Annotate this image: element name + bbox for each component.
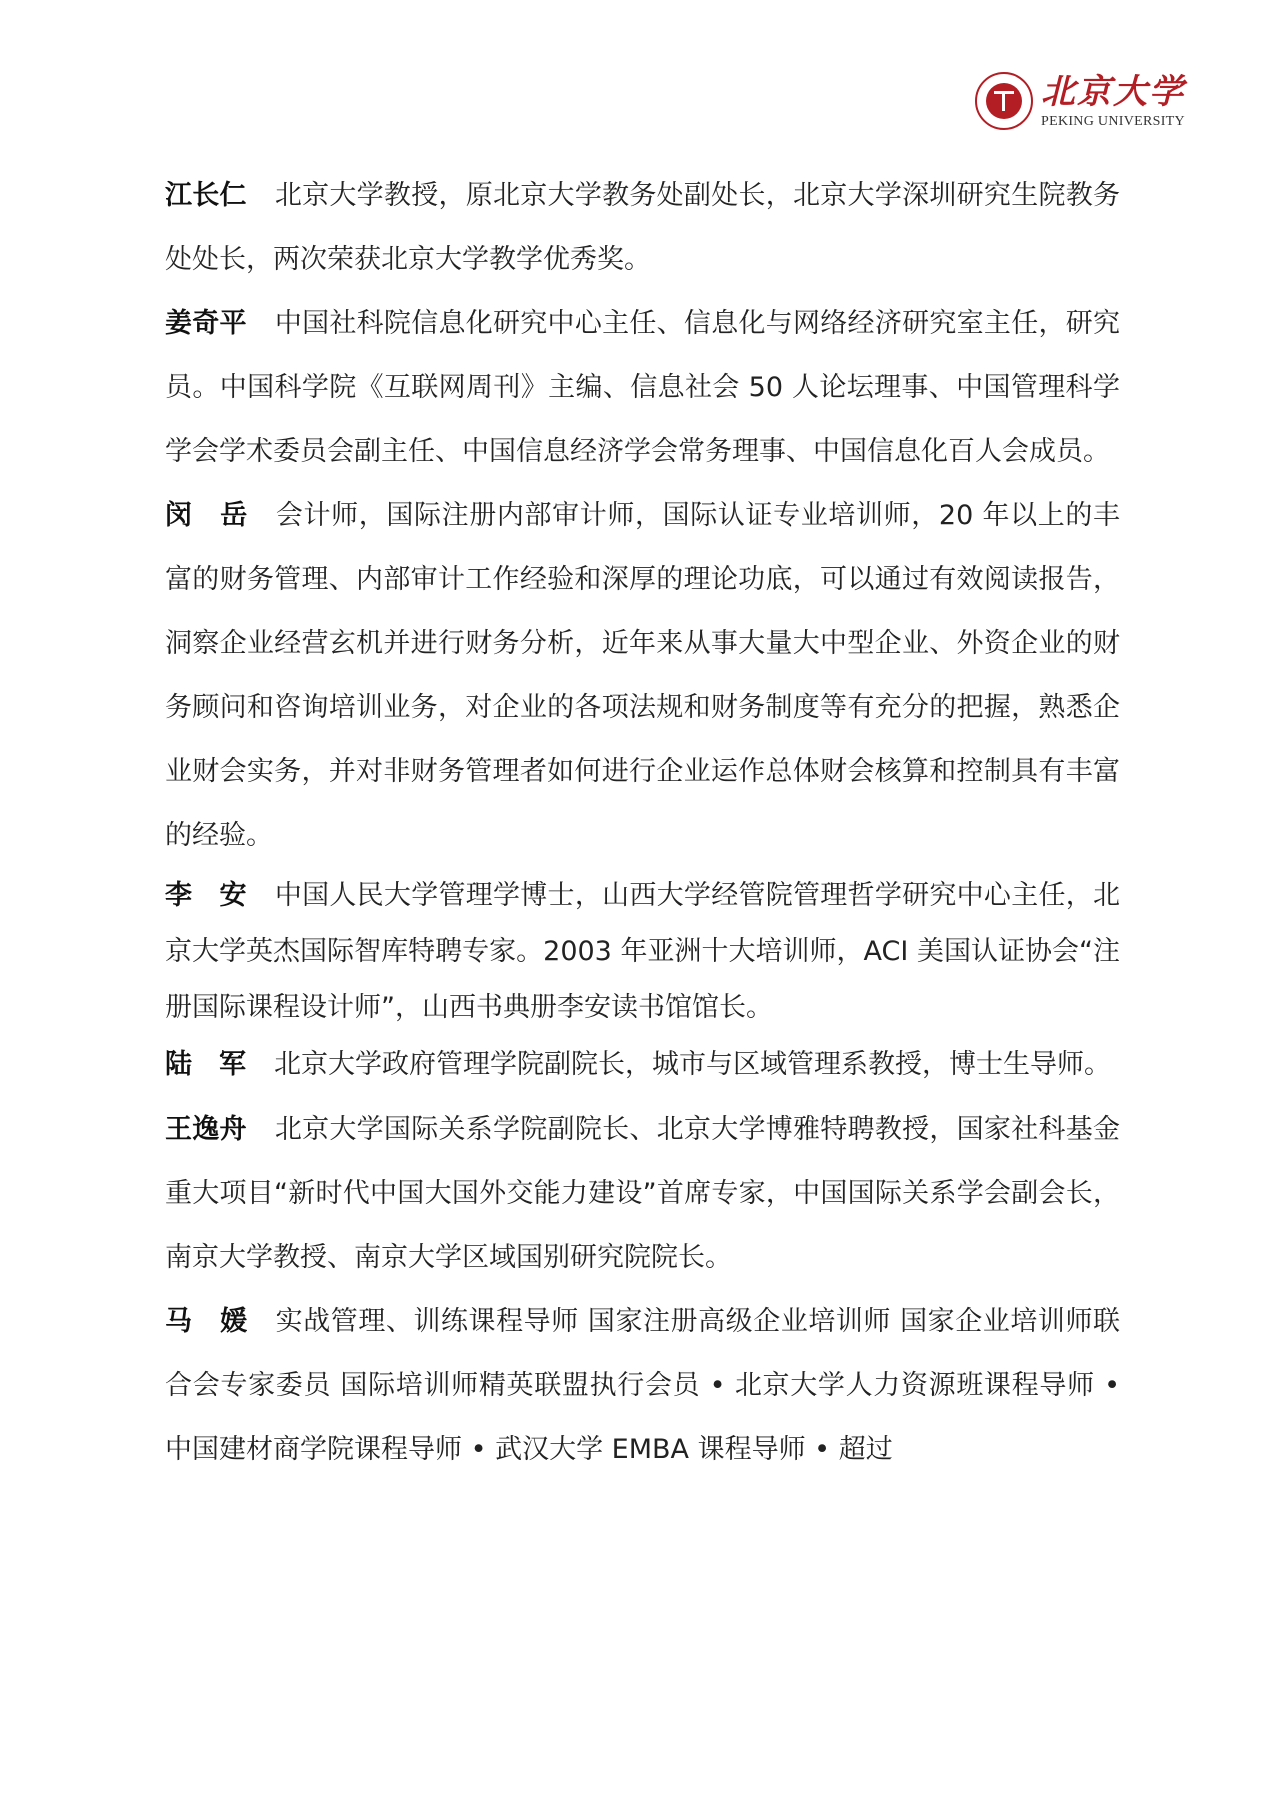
person-name: 王逸舟 bbox=[165, 1114, 247, 1145]
person-bio: 会计师，国际注册内部审计师，国际认证专业培训师，20 年以上的丰富的财务管理、内… bbox=[165, 500, 1120, 851]
bio-entry: 江长仁北京大学教授，原北京大学教务处副处长，北京大学深圳研究生院教务处处长，两次… bbox=[165, 164, 1120, 292]
bio-entry: 李 安中国人民大学管理学博士，山西大学经管院管理哲学研究中心主任，北京大学英杰国… bbox=[165, 868, 1120, 1036]
person-bio: 中国社科院信息化研究中心主任、信息化与网络经济研究室主任，研究员。中国科学院《互… bbox=[165, 308, 1120, 467]
person-name: 陆 军 bbox=[165, 1049, 246, 1080]
bio-entry: 陆 军北京大学政府管理学院副院长，城市与区域管理系教授，博士生导师。 bbox=[165, 1040, 1120, 1090]
person-name: 姜奇平 bbox=[165, 308, 247, 339]
logo-english-name: PEKING UNIVERSITY bbox=[1041, 114, 1185, 130]
bio-entry: 王逸舟北京大学国际关系学院副院长、北京大学博雅特聘教授，国家社科基金重大项目“新… bbox=[165, 1098, 1120, 1290]
person-name: 闵 岳 bbox=[165, 500, 248, 531]
university-emblem-icon bbox=[975, 72, 1033, 130]
bio-entry: 姜奇平中国社科院信息化研究中心主任、信息化与网络经济研究室主任，研究员。中国科学… bbox=[165, 292, 1120, 484]
person-bio: 北京大学国际关系学院副院长、北京大学博雅特聘教授，国家社科基金重大项目“新时代中… bbox=[165, 1114, 1120, 1273]
person-bio: 北京大学政府管理学院副院长，城市与区域管理系教授，博士生导师。 bbox=[274, 1049, 1111, 1080]
person-name: 李 安 bbox=[165, 880, 247, 911]
person-bio: 实战管理、训练课程导师 国家注册高级企业培训师 国家企业培训师联合会专家委员 国… bbox=[165, 1306, 1120, 1465]
bio-entry: 闵 岳会计师，国际注册内部审计师，国际认证专业培训师，20 年以上的丰富的财务管… bbox=[165, 484, 1120, 868]
person-bio: 中国人民大学管理学博士，山西大学经管院管理哲学研究中心主任，北京大学英杰国际智库… bbox=[165, 880, 1120, 1023]
logo-chinese-name: 北京大学 bbox=[1041, 72, 1185, 112]
faculty-bio-list: 江长仁北京大学教授，原北京大学教务处副处长，北京大学深圳研究生院教务处处长，两次… bbox=[165, 164, 1120, 1482]
person-name: 江长仁 bbox=[165, 180, 247, 211]
person-name: 马 媛 bbox=[165, 1306, 248, 1337]
person-bio: 北京大学教授，原北京大学教务处副处长，北京大学深圳研究生院教务处处长，两次荣获北… bbox=[165, 180, 1120, 275]
bio-entry: 马 媛实战管理、训练课程导师 国家注册高级企业培训师 国家企业培训师联合会专家委… bbox=[165, 1290, 1120, 1482]
peking-university-logo: 北京大学 PEKING UNIVERSITY bbox=[975, 72, 1205, 134]
